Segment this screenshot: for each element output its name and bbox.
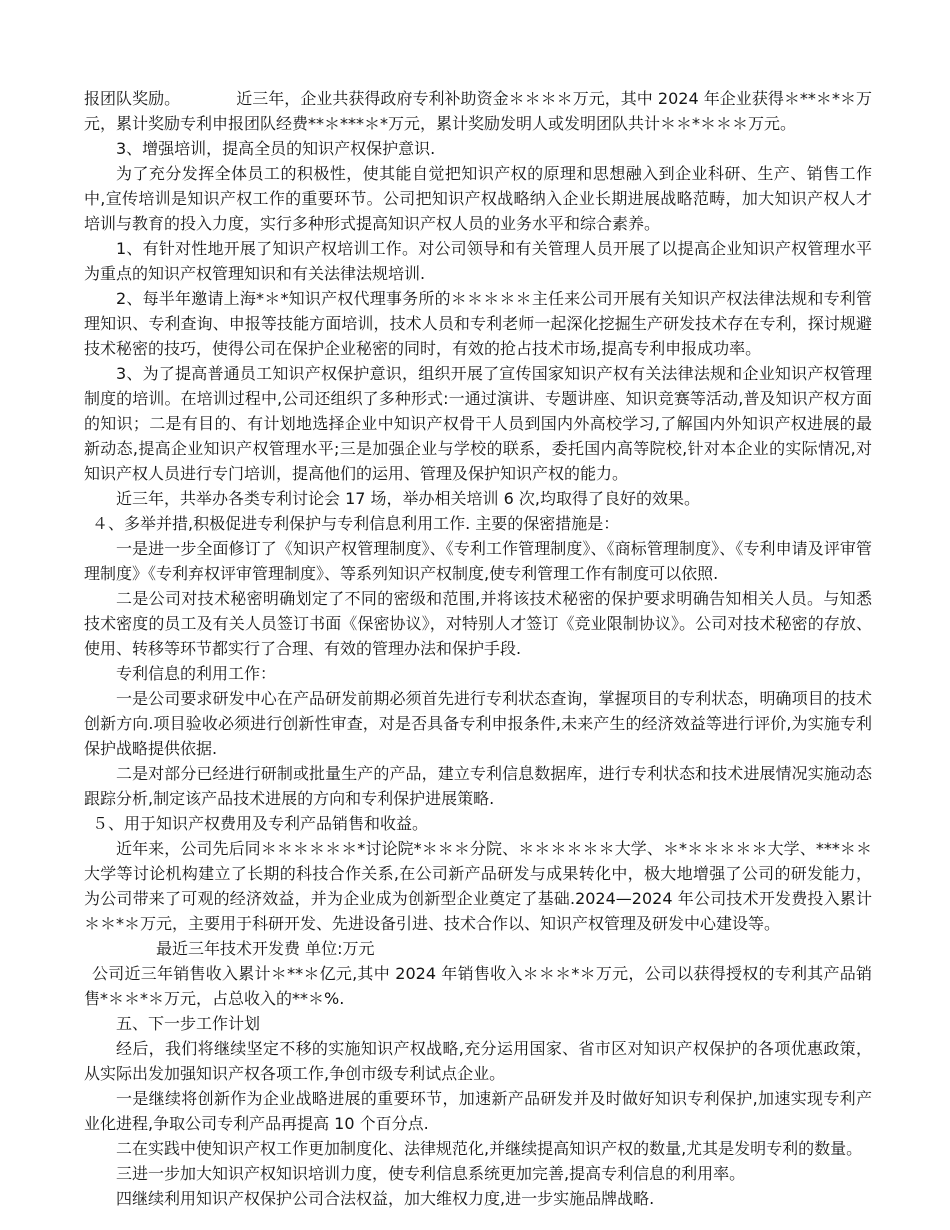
paragraph-item-1: 1、有针对性地开展了知识产权培训工作。对公司领导和有关管理人员开展了以提高企业知… xyxy=(84,236,872,286)
paragraph-measure-1: 一是进一步全面修订了《知识产权管理制度》、《专利工作管理制度》、《商标管理制度》… xyxy=(84,536,872,586)
paragraph-heading-4-measures: ４、多举并措,积极促进专利保护与专利信息利用工作. 主要的保密措施是： xyxy=(84,511,872,536)
paragraph-heading-5-revenue: ５、用于知识产权费用及专利产品销售和收益。 xyxy=(84,811,872,836)
paragraph-rd-fee-caption: 最近三年技术开发费 单位:万元 xyxy=(84,936,872,961)
paragraph-sales-revenue: 公司近三年销售收入累计＊**＊亿元,其中 2024 年销售收入＊＊＊*＊万元，公… xyxy=(84,961,872,1011)
paragraph-heading-5-next-plan: 五、下一步工作计划 xyxy=(84,1011,872,1036)
paragraph-plan-4: 四继续利用知识产权保护公司合法权益，加大维权力度,进一步实施品牌战略. xyxy=(84,1186,872,1211)
paragraph-patent-info-1: 一是公司要求研发中心在产品研发前期必须首先进行专利状态查询，掌握项目的专利状态，… xyxy=(84,686,872,761)
paragraph-patent-info-heading: 专利信息的利用工作： xyxy=(84,661,872,686)
paragraph-measure-2: 二是公司对技术秘密明确划定了不同的密级和范围,并将该技术秘密的保护要求明确告知相… xyxy=(84,586,872,661)
paragraph-training-intro: 为了充分发挥全体员工的积极性，使其能自觉把知识产权的原理和思想融入到企业科研、生… xyxy=(84,161,872,236)
document-page: 报团队奖励。 近三年，企业共获得政府专利补助资金＊＊＊＊万元，其中 2024 年… xyxy=(84,86,872,1211)
paragraph-item-2: 2、每半年邀请上海*＊*知识产权代理事务所的＊＊＊＊＊主任来公司开展有关知识产权… xyxy=(84,286,872,361)
paragraph-item-3: 3、为了提高普通员工知识产权保护意识，组织开展了宣传国家知识产权有关法律法规和企… xyxy=(84,361,872,486)
paragraph-heading-3-training: 3、增强培训，提高全员的知识产权保护意识. xyxy=(84,136,872,161)
paragraph-patent-info-2: 二是对部分已经进行研制或批量生产的产品，建立专利信息数据库，进行专利状态和技术进… xyxy=(84,761,872,811)
paragraph-seminar-stats: 近三年，共举办各类专利讨论会 17 场，举办相关培训 6 次,均取得了良好的效果… xyxy=(84,486,872,511)
paragraph-plan-3: 三进一步加大知识产权知识培训力度，使专利信息系统更加完善,提高专利信息的利用率。 xyxy=(84,1161,872,1186)
paragraph-cooperation: 近年来，公司先后同＊＊＊＊＊＊*讨论院*＊＊＊分院、＊＊＊＊＊＊大学、＊*＊＊＊… xyxy=(84,836,872,936)
paragraph-continuation-rewards: 报团队奖励。 近三年，企业共获得政府专利补助资金＊＊＊＊万元，其中 2024 年… xyxy=(84,86,872,136)
paragraph-plan-1: 一是继续将创新作为企业战略进展的重要环节，加速新产品研发并及时做好知识专利保护,… xyxy=(84,1086,872,1136)
paragraph-plan-2: 二在实践中使知识产权工作更加制度化、法律规范化,并继续提高知识产权的数量,尤其是… xyxy=(84,1136,872,1161)
paragraph-plan-intro: 经后，我们将继续坚定不移的实施知识产权战略,充分运用国家、省市区对知识产权保护的… xyxy=(84,1036,872,1086)
